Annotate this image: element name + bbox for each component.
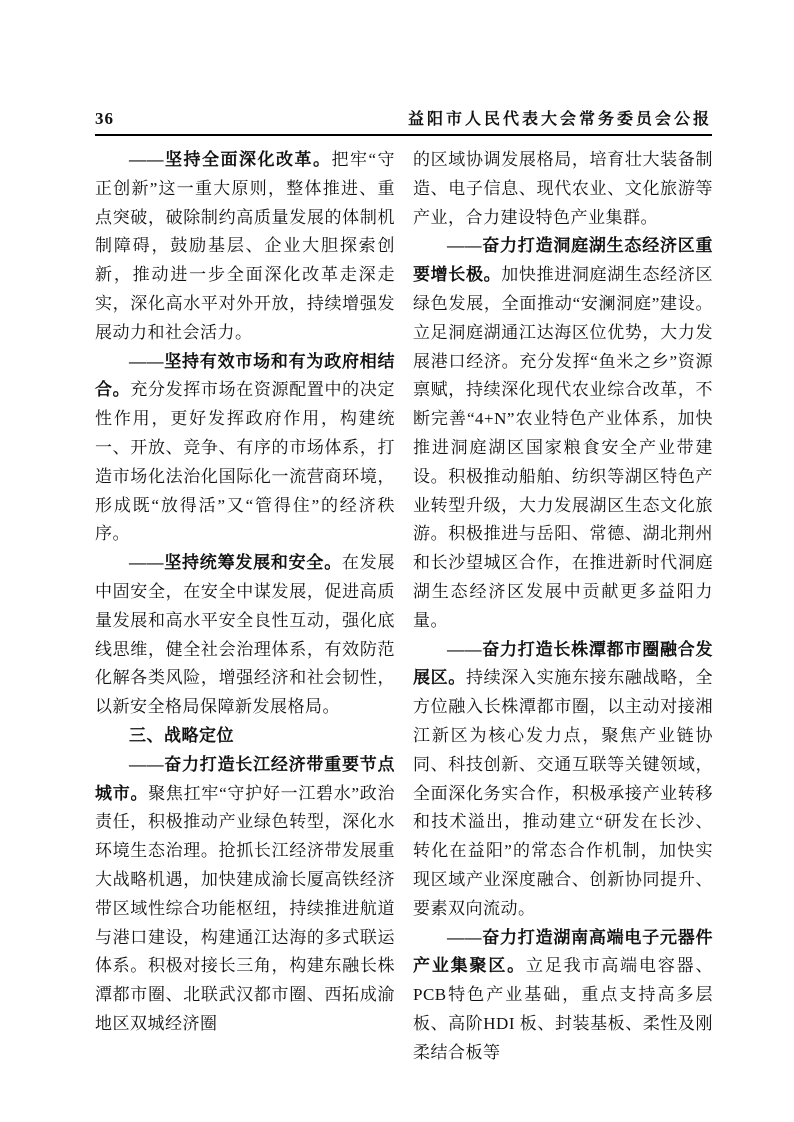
paragraph: ——坚持统筹发展和安全。在发展中固安全，在安全中谋发展，促进高质量发展和高水平安… [95, 549, 395, 722]
paragraph: ——奋力打造长株潭都市圈融合发展区。持续深入实施东接东融战略，全方位融入长株潭都… [413, 636, 713, 924]
section-heading: 三、战略定位 [95, 722, 395, 751]
paragraph-body: 充分发挥市场在资源配置中的决定性作用，更好发挥政府作用，构建统一、开放、竞争、有… [95, 380, 395, 543]
paragraph-continuation: 的区域协调发展格局，培育壮大装备制造、电子信息、现代农业、文化旅游等产业，合力建… [413, 146, 713, 232]
bulletin-title: 益阳市人民代表大会常务委员会公报 [408, 106, 712, 129]
paragraph-body: 加快推进洞庭湖生态经济区绿色发展，全面推动“安澜洞庭”建设。立足洞庭湖通江达海区… [413, 265, 713, 630]
paragraph: ——坚持有效市场和有为政府相结合。充分发挥市场在资源配置中的决定性作用，更好发挥… [95, 348, 395, 550]
page-header: 36 益阳市人民代表大会常务委员会公报 [95, 106, 712, 136]
paragraph: ——奋力打造湖南高端电子元器件产业集聚区。立足我市高端电容器、PCB特色产业基础… [413, 924, 713, 1068]
document-page: 36 益阳市人民代表大会常务委员会公报 ——坚持全面深化改革。把牢“守正创新”这… [0, 0, 794, 1122]
paragraph: ——奋力打造洞庭湖生态经济区重要增长极。加快推进洞庭湖生态经济区绿色发展，全面推… [413, 232, 713, 635]
right-column: 的区域协调发展格局，培育壮大装备制造、电子信息、现代农业、文化旅游等产业，合力建… [413, 146, 713, 1068]
paragraph-lead: ——坚持全面深化改革。 [129, 150, 331, 169]
section-heading-text: 三、战略定位 [129, 726, 234, 745]
paragraph-body: 持续深入实施东接东融战略，全方位融入长株潭都市圈，以主动对接湘江新区为核心发力点… [413, 668, 713, 917]
two-column-body: ——坚持全面深化改革。把牢“守正创新”这一重大原则，整体推进、重点突破，破除制约… [95, 146, 712, 1068]
paragraph-body: 把牢“守正创新”这一重大原则，整体推进、重点突破，破除制约高质量发展的体制机制障… [95, 150, 395, 342]
page-number: 36 [95, 109, 114, 129]
paragraph-body: 的区域协调发展格局，培育壮大装备制造、电子信息、现代农业、文化旅游等产业，合力建… [413, 150, 713, 227]
paragraph: ——奋力打造长江经济带重要节点城市。聚焦扛牢“守护好一江碧水”政治责任，积极推动… [95, 751, 395, 1039]
paragraph-lead: ——坚持统筹发展和安全。 [129, 553, 342, 572]
paragraph-body: 在发展中固安全，在安全中谋发展，促进高质量发展和高水平安全良性互动，强化底线思维… [95, 553, 395, 716]
paragraph: ——坚持全面深化改革。把牢“守正创新”这一重大原则，整体推进、重点突破，破除制约… [95, 146, 395, 348]
left-column: ——坚持全面深化改革。把牢“守正创新”这一重大原则，整体推进、重点突破，破除制约… [95, 146, 395, 1068]
paragraph-body: 聚焦扛牢“守护好一江碧水”政治责任，积极推动产业绿色转型，深化水环境生态治理。抢… [95, 784, 395, 1033]
